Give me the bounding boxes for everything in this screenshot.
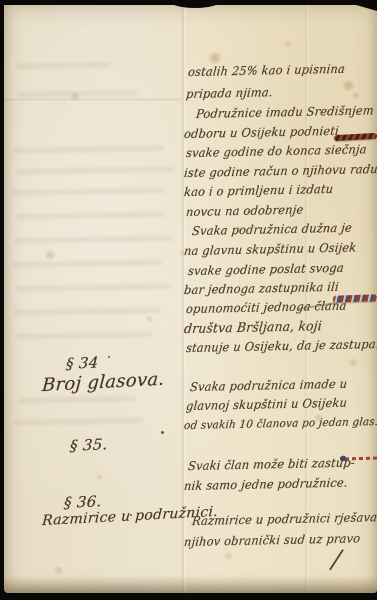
- bleed-through-line: [12, 188, 164, 196]
- bleed-through-line: [16, 62, 111, 69]
- manuscript-line: ostalih 25% kao i upisnina: [187, 62, 345, 79]
- bleed-through-line: [16, 212, 164, 220]
- manuscript-line: društva Bršljana, koji: [183, 319, 322, 337]
- scan-frame: ostalih 25% kao i upisnina pripada njima…: [0, 0, 377, 600]
- ink-speck: [161, 431, 164, 434]
- bleed-through-line: [16, 284, 171, 292]
- manuscript-line: Podružnice imadu Središnjem: [195, 103, 374, 121]
- manuscript-line: glavnoj skupštini u Osijeku: [185, 396, 348, 413]
- manuscript-line: kao i o primljenu i izdatu: [183, 182, 334, 199]
- section-number-34: § 34: [65, 353, 99, 373]
- bleed-through-line: [14, 418, 142, 425]
- foxing-spot: [146, 316, 153, 322]
- ink-speck: [108, 356, 110, 358]
- foxing-spot: [44, 250, 56, 260]
- foxing-spot: [208, 52, 222, 64]
- section-number-36: § 36.: [63, 492, 102, 512]
- fold-crease-horizontal: [4, 98, 182, 101]
- foxing-spot: [342, 80, 355, 91]
- page-edge-shadow: [4, 576, 377, 593]
- bleed-through-line: [16, 167, 174, 175]
- manuscript-line: opunomoćiti jednoga člana: [185, 299, 347, 316]
- manuscript-line: novcu na odobrenje: [185, 203, 304, 219]
- manuscript-line: bar jednoga zastupnika ili: [183, 280, 339, 297]
- bleed-through-line: [14, 236, 172, 244]
- manuscript-line: pripada njima.: [185, 85, 273, 101]
- pen-slash-mark: /: [330, 545, 342, 576]
- section-number-35: § 35.: [69, 435, 108, 455]
- manuscript-line: Svaka podružnica dužna je: [191, 221, 352, 238]
- manuscript-line: Svaka podružnica imade u: [189, 377, 348, 394]
- manuscript-line: Svaki član može biti zastup-: [187, 455, 355, 473]
- foxing-spot: [284, 40, 292, 47]
- foxing-spot: [224, 552, 233, 560]
- bleed-through-line: [16, 332, 152, 339]
- bleed-through-line: [12, 260, 162, 268]
- manuscript-line: na glavnu skupštinu u Osijek: [183, 240, 357, 258]
- manuscript-line: svake godine do konca siečnja: [185, 142, 367, 160]
- bleed-through-line: [14, 146, 164, 154]
- manuscript-page: ostalih 25% kao i upisnina pripada njima…: [4, 5, 377, 593]
- manuscript-line: odboru u Osijeku podnieti: [183, 124, 339, 141]
- section-title-broj-glasova: Broj glasova.: [41, 369, 165, 397]
- foxing-spot: [348, 358, 358, 367]
- manuscript-line: svake godine poslat svoga: [187, 261, 344, 278]
- bleed-through-line: [14, 308, 160, 316]
- foxing-spot: [96, 474, 103, 480]
- manuscript-line: stanuje u Osijeku, da je zastupa.: [185, 337, 377, 355]
- manuscript-line: Razmirice u podružnici rješava: [191, 510, 377, 528]
- manuscript-line: nik samo jedne podružnice.: [183, 476, 348, 493]
- manuscript-line: od svakih 10 članova po jedan glas.: [183, 415, 377, 432]
- bleed-through-line: [18, 396, 136, 403]
- foxing-spot: [70, 92, 80, 101]
- foxing-spot: [54, 566, 63, 574]
- manuscript-line: iste godine račun o njihovu radu: [183, 162, 377, 180]
- foxing-spot: [352, 92, 360, 99]
